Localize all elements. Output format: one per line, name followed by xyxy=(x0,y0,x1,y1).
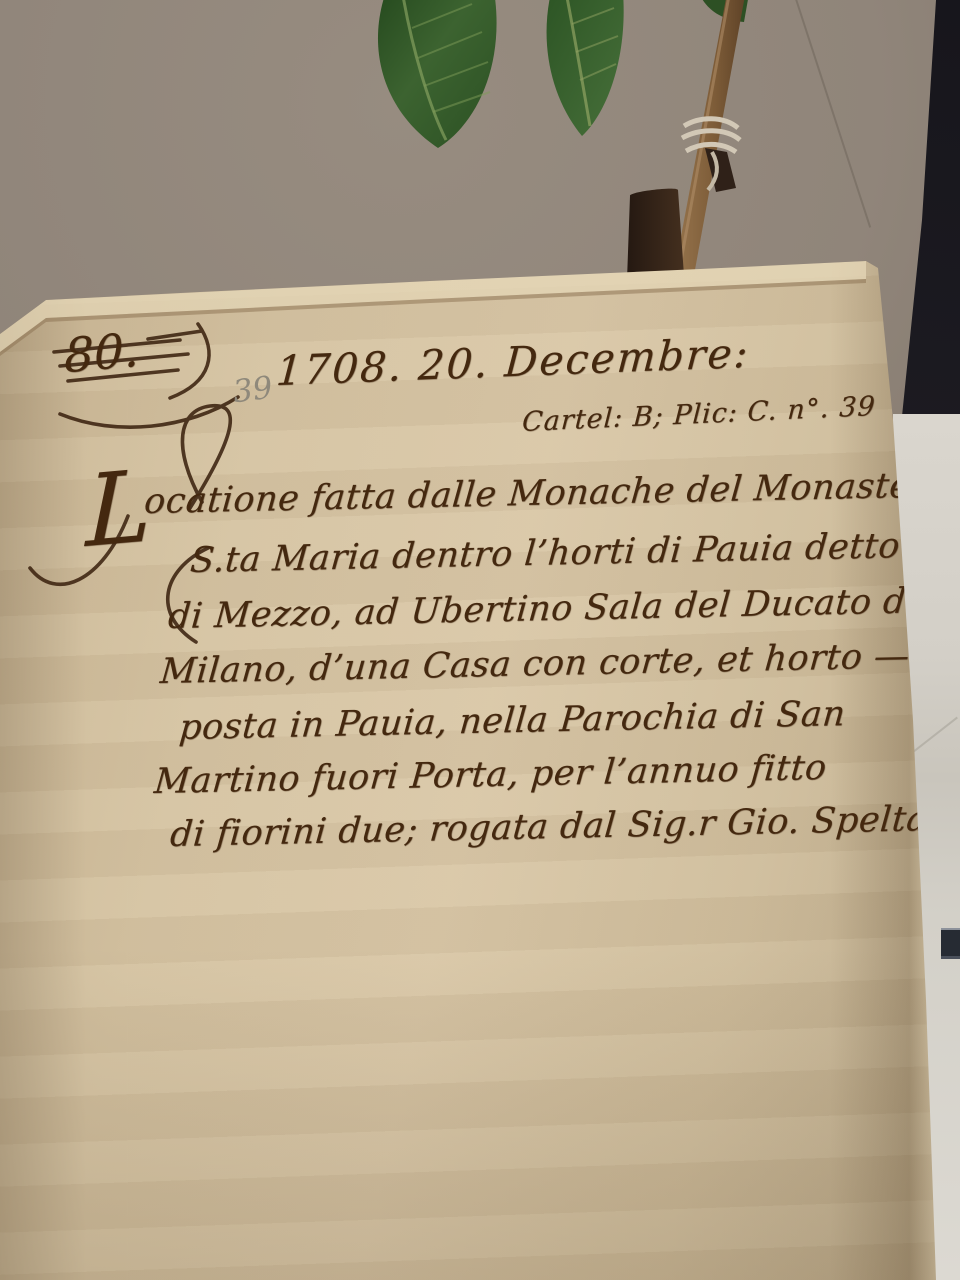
drop-cap-letter: L xyxy=(85,449,153,570)
crossed-out-number: 80. xyxy=(64,323,139,385)
plant-leaf-1 xyxy=(378,0,497,148)
dark-strip-detail xyxy=(941,928,960,959)
plant-leaf-2 xyxy=(547,0,624,136)
pencil-number: 39 xyxy=(231,370,275,411)
photo-scene: 80. 39 1708. 20. Decembre: Cartel: B; Pl… xyxy=(0,0,960,1280)
